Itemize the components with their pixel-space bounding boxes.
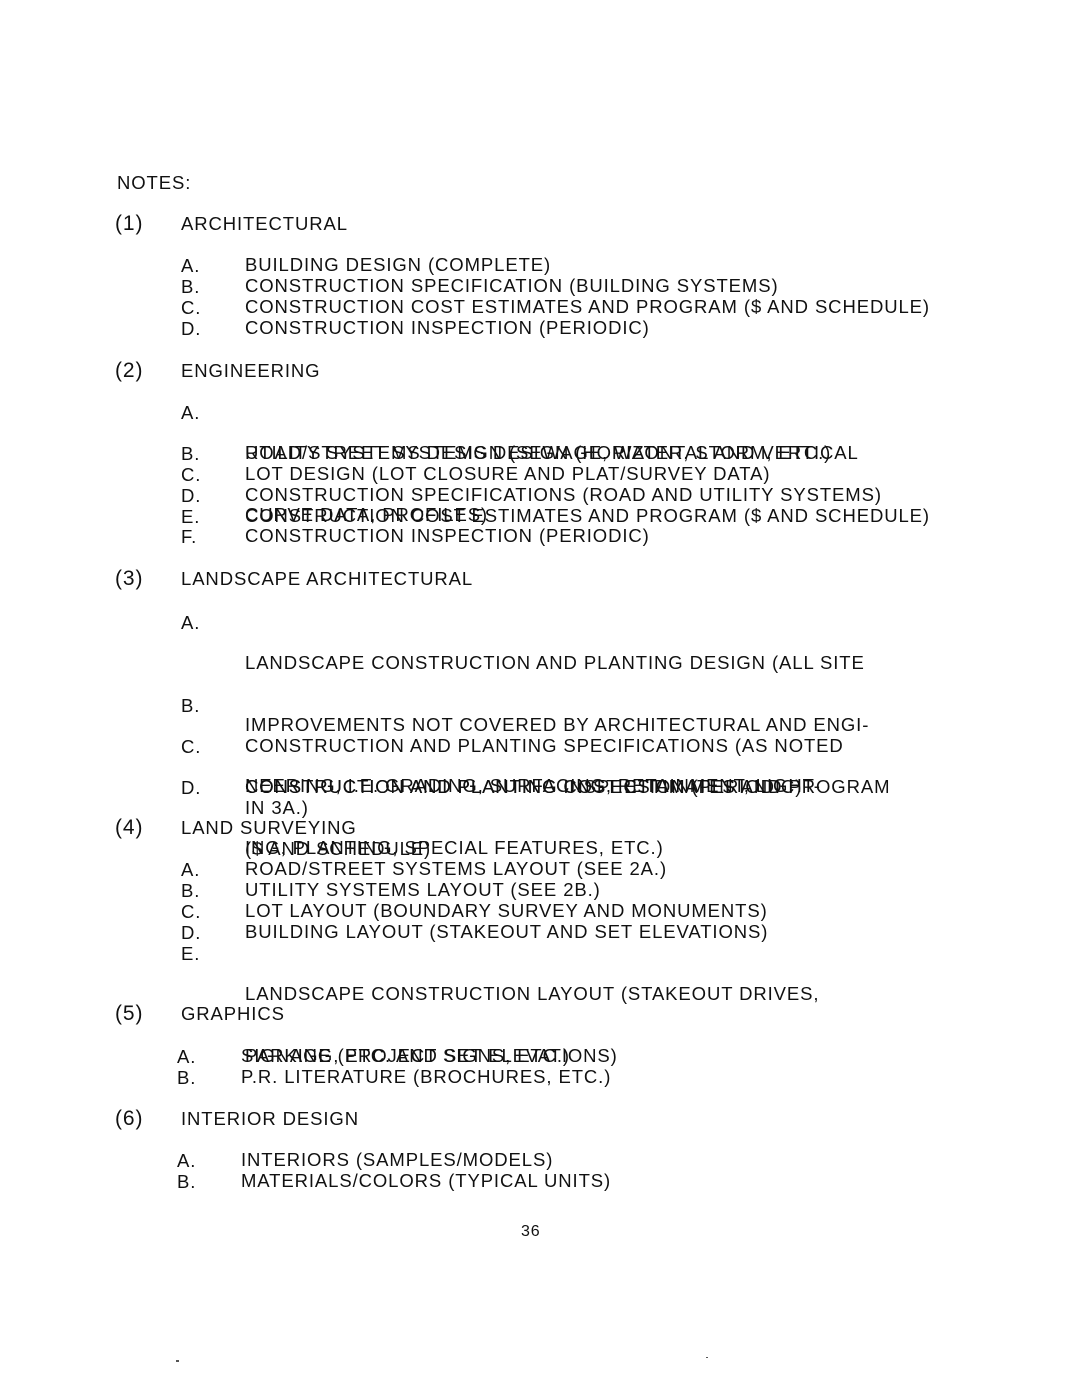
item-text: MATERIALS/COLORS (TYPICAL UNITS) — [241, 1171, 611, 1192]
item-text: BUILDING LAYOUT (STAKEOUT AND SET ELEVAT… — [245, 922, 768, 943]
list-item: B. UTILITY SYSTEMS LAYOUT (SEE 2B.) — [181, 880, 601, 902]
list-item: C. CONSTRUCTION COST ESTIMATES AND PROGR… — [181, 297, 930, 319]
list-item: A. SIGNAGE (PROJECT SIGNS, ETC.) — [177, 1046, 570, 1068]
section-number: (2) — [115, 359, 181, 383]
section-number: (3) — [115, 567, 181, 591]
item-text: ($ AND SCHEDULE) — [245, 839, 890, 860]
list-item: D. CONSTRUCTION SPECIFICATIONS (ROAD AND… — [181, 485, 882, 507]
item-letter: D. — [181, 922, 245, 944]
item-letter: D. — [181, 485, 245, 507]
item-text: BUILDING DESIGN (COMPLETE) — [245, 255, 551, 276]
item-letter: B. — [181, 443, 245, 465]
section-heading-land-surveying: (4) LAND SURVEYING — [115, 816, 357, 840]
list-item: A. INTERIORS (SAMPLES/MODELS) — [177, 1150, 553, 1172]
list-item: B. P.R. LITERATURE (BROCHURES, ETC.) — [177, 1067, 611, 1089]
item-text: CONSTRUCTION INSPECTION (PERIODIC) — [245, 526, 650, 547]
item-text: SIGNAGE (PROJECT SIGNS, ETC.) — [241, 1046, 570, 1067]
item-letter: C. — [181, 901, 245, 923]
item-text: LANDSCAPE CONSTRUCTION LAYOUT (STAKEOUT … — [245, 984, 819, 1005]
scan-speck — [176, 1360, 179, 1362]
item-text: CONSTRUCTION SPECIFICATION (BUILDING SYS… — [245, 276, 779, 297]
item-letter: A. — [177, 1150, 241, 1172]
item-letter: B. — [177, 1171, 241, 1193]
item-letter: D. — [181, 777, 245, 799]
item-text: CONSTRUCTION AND PLANTING INSPECTION (PE… — [245, 777, 802, 798]
list-item: D. CONSTRUCTION AND PLANTING INSPECTION … — [181, 777, 802, 799]
item-text: UTILITY SYSTEMS LAYOUT (SEE 2B.) — [245, 880, 601, 901]
item-text: CONSTRUCTION COST ESTIMATES AND PROGRAM … — [245, 506, 930, 527]
section-heading-graphics: (5) GRAPHICS — [115, 1002, 285, 1026]
section-title: LAND SURVEYING — [181, 817, 357, 839]
item-text: CONSTRUCTION INSPECTION (PERIODIC) — [245, 318, 650, 339]
section-title: LANDSCAPE ARCHITECTURAL — [181, 568, 473, 590]
section-heading-engineering: (2) ENGINEERING — [115, 359, 320, 383]
list-item: B. UTILITY SYSTEMS DESIGN (SEWAGE, WATER… — [181, 443, 831, 465]
item-letter: B. — [177, 1067, 241, 1089]
item-letter: E. — [181, 506, 245, 528]
item-letter: A. — [177, 1046, 241, 1068]
list-item: D. BUILDING LAYOUT (STAKEOUT AND SET ELE… — [181, 922, 768, 944]
section-title: ENGINEERING — [181, 360, 320, 382]
item-letter: A. — [181, 859, 245, 881]
page-number: 36 — [521, 1223, 541, 1241]
scan-speck — [706, 1357, 708, 1358]
list-item: C. LOT LAYOUT (BOUNDARY SURVEY AND MONUM… — [181, 901, 768, 923]
notes-heading: NOTES: — [117, 172, 191, 194]
section-heading-landscape-architectural: (3) LANDSCAPE ARCHITECTURAL — [115, 567, 473, 591]
document-page: NOTES: (1) ARCHITECTURAL A. BUILDING DES… — [0, 0, 1077, 1379]
item-letter: B. — [181, 276, 245, 298]
section-title: GRAPHICS — [181, 1003, 285, 1025]
item-letter: F. — [181, 526, 245, 548]
item-text: LOT LAYOUT (BOUNDARY SURVEY AND MONUMENT… — [245, 901, 768, 922]
list-item: F. CONSTRUCTION INSPECTION (PERIODIC) — [181, 526, 650, 548]
section-number: (1) — [115, 212, 181, 236]
item-letter: B. — [181, 880, 245, 902]
item-letter: C. — [181, 297, 245, 319]
item-text: UTILITY SYSTEMS DESIGN (SEWAGE, WATER, S… — [245, 443, 831, 464]
item-text: LOT DESIGN (LOT CLOSURE AND PLAT/SURVEY … — [245, 464, 770, 485]
item-text: CONSTRUCTION SPECIFICATIONS (ROAD AND UT… — [245, 485, 882, 506]
section-heading-interior-design: (6) INTERIOR DESIGN — [115, 1107, 359, 1131]
item-text: P.R. LITERATURE (BROCHURES, ETC.) — [241, 1067, 611, 1088]
section-title: ARCHITECTURAL — [181, 213, 348, 235]
section-number: (6) — [115, 1107, 181, 1131]
section-number: (5) — [115, 1002, 181, 1026]
section-title: INTERIOR DESIGN — [181, 1108, 359, 1130]
section-number: (4) — [115, 816, 181, 840]
list-item: B. CONSTRUCTION SPECIFICATION (BUILDING … — [181, 276, 779, 298]
list-item: A. ROAD/STREET SYSTEMS LAYOUT (SEE 2A.) — [181, 859, 667, 881]
list-item: A. BUILDING DESIGN (COMPLETE) — [181, 255, 551, 277]
item-text: ROAD/STREET SYSTEMS LAYOUT (SEE 2A.) — [245, 859, 667, 880]
item-text: CONSTRUCTION COST ESTIMATES AND PROGRAM … — [245, 297, 930, 318]
item-text: INTERIORS (SAMPLES/MODELS) — [241, 1150, 553, 1171]
section-heading-architectural: (1) ARCHITECTURAL — [115, 212, 348, 236]
list-item: D. CONSTRUCTION INSPECTION (PERIODIC) — [181, 318, 650, 340]
item-letter: D. — [181, 318, 245, 340]
item-text: LANDSCAPE CONSTRUCTION AND PLANTING DESI… — [245, 653, 869, 674]
item-letter: C. — [181, 464, 245, 486]
item-letter: A. — [181, 255, 245, 277]
list-item: B. MATERIALS/COLORS (TYPICAL UNITS) — [177, 1171, 611, 1193]
list-item: C. LOT DESIGN (LOT CLOSURE AND PLAT/SURV… — [181, 464, 770, 486]
